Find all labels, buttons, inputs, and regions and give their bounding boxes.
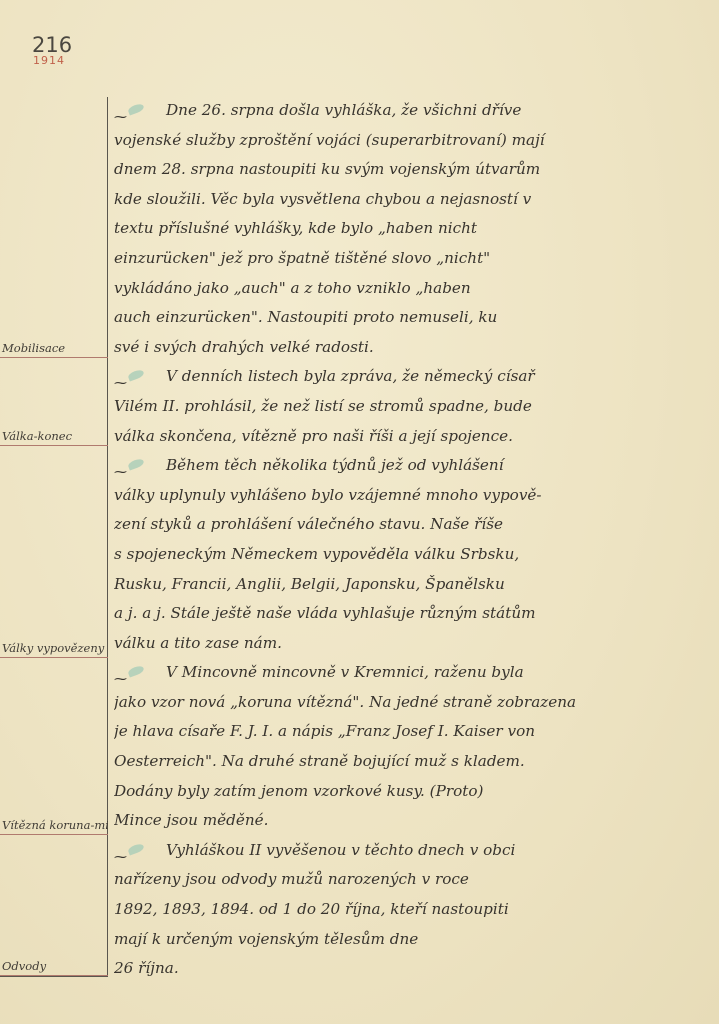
text-line: nařízeny jsou odvody mužů narozených v r… [114,865,714,895]
line-text: s spojeneckým Německem vypověděla válku … [114,545,519,563]
text-line: dnem 28. srpna nastoupiti ku svým vojens… [114,155,714,185]
text-line: a j. a j. Stále ještě naše vláda vyhlašu… [114,599,714,629]
margin-label-valky-vypovezeny: Války vypovězeny [0,640,108,658]
line-text: válku a tito zase nám. [114,634,282,652]
paragraph: ⁓Vyhláškou II vyvěšenou v těchto dnech v… [114,836,714,984]
line-text: dnem 28. srpna nastoupiti ku svým vojens… [114,160,540,178]
line-text: nařízeny jsou odvody mužů narozených v r… [114,870,469,888]
text-line: 1892, 1893, 1894. od 1 do 20 října, kteř… [114,895,714,925]
text-line: ⁓V Mincovně mincovně v Kremnici, raženu … [114,658,714,688]
line-text: V denních listech byla zpráva, že německ… [166,367,535,385]
text-line: s spojeneckým Německem vypověděla válku … [114,540,714,570]
text-line: Oesterreich". Na druhé straně bojující m… [114,747,714,777]
text-line: auch einzurücken". Nastoupiti proto nemu… [114,303,714,333]
text-line: válku a tito zase nám. [114,629,714,659]
line-text: textu příslušné vyhlášky, kde bylo „habe… [114,219,477,237]
margin-bottom-rule [0,976,108,977]
text-line: ⁓Dne 26. srpna došla vyhláška, že všichn… [114,96,714,126]
paragraph: ⁓V Mincovně mincovně v Kremnici, raženu … [114,658,714,836]
text-line: vykládáno jako „auch" a z toho vzniklo „… [114,274,714,304]
paragraph: ⁓Během těch několika týdnů jež od vyhláš… [114,451,714,658]
line-text: mají k určeným vojenským tělesům dne [114,930,418,948]
line-text: vykládáno jako „auch" a z toho vzniklo „… [114,279,471,297]
paragraph: ⁓V denních listech byla zpráva, že němec… [114,362,714,451]
margin-vertical-rule [107,97,108,977]
line-text: V Mincovně mincovně v Kremnici, raženu b… [166,663,524,681]
margin-label-valka-konec: Válka-konec [0,428,108,446]
line-text: válka skončena, vítězně pro naši říši a … [114,427,513,445]
margin-label-odvody: Odvody [0,958,108,976]
line-text: je hlava císaře F. J. I. a nápis „Franz … [114,722,535,740]
text-line: své i svých drahých velké radosti. [114,333,714,363]
handwritten-chronicle-text: ⁓Dne 26. srpna došla vyhláška, že všichn… [114,96,714,984]
text-line: Vilém II. prohlásil, že než listí se str… [114,392,714,422]
text-line: textu příslušné vyhlášky, kde bylo „habe… [114,214,714,244]
text-line: války uplynuly vyhlášeno bylo vzájemné m… [114,481,714,511]
text-line: ⁓Během těch několika týdnů jež od vyhláš… [114,451,714,481]
line-text: zení styků a prohlášení válečného stavu.… [114,515,503,533]
line-text: své i svých drahých velké radosti. [114,338,374,356]
text-line: vojenské služby zproštění vojáci (supera… [114,126,714,156]
text-line: einzurücken" jež pro špatně tištěné slov… [114,244,714,274]
line-text: Vyhláškou II vyvěšenou v těchto dnech v … [166,841,515,859]
text-line: ⁓Vyhláškou II vyvěšenou v těchto dnech v… [114,836,714,866]
line-text: Vilém II. prohlásil, že než listí se str… [114,397,532,415]
text-line: kde sloužili. Věc byla vysvětlena chybou… [114,185,714,215]
text-line: válka skončena, vítězně pro naši říši a … [114,422,714,452]
line-text: kde sloužili. Věc byla vysvětlena chybou… [114,190,531,208]
paragraph: ⁓Dne 26. srpna došla vyhláška, že všichn… [114,96,714,362]
text-line: mají k určeným vojenským tělesům dne [114,925,714,955]
line-text: Oesterreich". Na druhé straně bojující m… [114,752,525,770]
line-text: Během těch několika týdnů jež od vyhláše… [166,456,504,474]
margin-label-vitezna-koruna: Vítězná koruna-mince [0,817,108,835]
text-line: Dodány byly zatím jenom vzorkové kusy. (… [114,777,714,807]
text-line: je hlava císaře F. J. I. a nápis „Franz … [114,717,714,747]
text-line: jako vzor nová „koruna vítězná". Na jedn… [114,688,714,718]
text-line: Mince jsou měděné. [114,806,714,836]
line-text: Mince jsou měděné. [114,811,268,829]
line-text: einzurücken" jež pro špatně tištěné slov… [114,249,490,267]
line-text: jako vzor nová „koruna vítězná". Na jedn… [114,693,576,711]
text-line: 26 října. [114,954,714,984]
line-text: a j. a j. Stále ještě naše vláda vyhlašu… [114,604,536,622]
page-year: 1914 [33,54,65,67]
line-text: 26 října. [114,959,179,977]
line-text: auch einzurücken". Nastoupiti proto nemu… [114,308,497,326]
text-line: zení styků a prohlášení válečného stavu.… [114,510,714,540]
line-text: Rusku, Francii, Anglii, Belgii, Japonsku… [114,575,505,593]
line-text: 1892, 1893, 1894. od 1 do 20 října, kteř… [114,900,509,918]
line-text: Dne 26. srpna došla vyhláška, že všichni… [166,101,521,119]
line-text: Dodány byly zatím jenom vzorkové kusy. (… [114,782,483,800]
text-line: ⁓V denních listech byla zpráva, že němec… [114,362,714,392]
line-text: války uplynuly vyhlášeno bylo vzájemné m… [114,486,542,504]
margin-label-mobilisace: Mobilisace [0,340,108,358]
line-text: vojenské služby zproštění vojáci (supera… [114,131,545,149]
text-line: Rusku, Francii, Anglii, Belgii, Japonsku… [114,570,714,600]
